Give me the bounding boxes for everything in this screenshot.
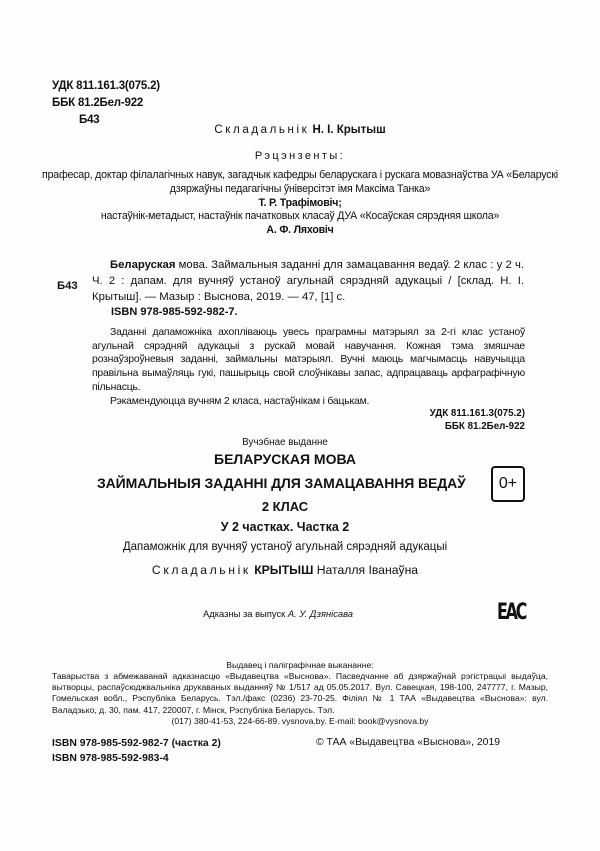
responsible-label: Адказны за выпуск <box>203 608 285 619</box>
compiler-main-label: Складальнік <box>152 563 251 577</box>
udk-code: УДК 811.161.3(075.2) <box>52 78 160 95</box>
udk-code-right: УДК 811.161.3(075.2) <box>430 408 525 421</box>
bibliography-index: Б43 <box>57 280 78 292</box>
reviewers-list: прафесар, доктар філалагічных навук, заг… <box>40 169 560 238</box>
compiler-given-name: Наталля Іванаўна <box>317 563 418 577</box>
eac-conformity-icon: EAC <box>497 600 525 625</box>
isbn-set: ISBN 978-985-592-983-4 <box>52 752 221 767</box>
annotation: Заданні дапаможніка ахопліваюць увесь пр… <box>92 326 525 408</box>
compiler-label: Складальнік <box>214 124 309 136</box>
publisher-info: Таварыства з абмежаванай адказнасцю «Выд… <box>52 671 548 727</box>
classification-codes-top: УДК 811.161.3(075.2) ББК 81.2Бел-922 Б43 <box>52 78 160 129</box>
grade: 2 КЛАС <box>0 499 600 514</box>
copyright: © ТАА «Выдавецтва «Выснова», 2019 <box>316 737 500 748</box>
edition-type: Вучэбнае выданне <box>0 437 600 448</box>
publisher-heading: Выдавец і паліграфічнае выкананне: <box>0 660 600 670</box>
classification-codes-right: УДК 811.161.3(075.2) ББК 81.2Бел-922 <box>430 408 525 433</box>
parts-info: У 2 частках. Частка 2 <box>0 520 600 534</box>
annotation-paragraph: Заданні дапаможніка ахопліваюць увесь пр… <box>92 326 525 395</box>
compiler-line-top: Складальнік Н. І. Крытыш <box>0 124 600 136</box>
book-title-line-1: БЕЛАРУСКАЯ МОВА <box>0 451 600 467</box>
publisher-contacts: (017) 380-41-53, 224-66-89. vysnova.by. … <box>52 716 548 727</box>
isbn-part: ISBN 978-985-592-982-7 (частка 2) <box>52 737 221 752</box>
bibliography-isbn: ISBN 978-985-592-982-7. <box>111 306 238 318</box>
reviewer-2-position: настаўнік-метадыст, настаўнік пачатковых… <box>40 210 560 224</box>
reviewer-2-name: А. Ф. Ляховіч <box>40 224 560 238</box>
compiler-surname: КРЫТЫШ <box>254 563 313 577</box>
compiler-name: Н. І. Крытыш <box>312 124 385 136</box>
responsible-for-release: Адказны за выпуск А. У. Дзянісава <box>203 608 353 619</box>
bibliography-lead: Беларуская <box>110 259 175 271</box>
publisher-text: Таварыства з абмежаванай адказнасцю «Выд… <box>52 671 548 715</box>
book-title-line-2: ЗАЙМАЛЬНЫЯ ЗАДАННІ ДЛЯ ЗАМАЦАВАННЯ ВЕДАЎ <box>97 475 466 491</box>
bbk-code-right: ББК 81.2Бел-922 <box>430 421 525 434</box>
reviewer-1-position: прафесар, доктар філалагічных навук, заг… <box>40 169 560 197</box>
reviewer-1-name: Т. Р. Трафімовіч; <box>40 197 560 211</box>
bibliographic-record: Беларуская мова. Займальныя заданні для … <box>92 257 524 305</box>
compiler-line-main: Складальнік КРЫТЫШ Наталля Іванаўна <box>0 563 600 577</box>
reviewers-heading: Рэцэнзенты: <box>0 150 600 162</box>
book-imprint-page: УДК 811.161.3(075.2) ББК 81.2Бел-922 Б43… <box>0 0 600 851</box>
responsible-name: А. У. Дзянісава <box>288 608 353 619</box>
isbn-block: ISBN 978-985-592-982-7 (частка 2) ISBN 9… <box>52 737 221 766</box>
age-rating-badge: 0+ <box>491 466 525 502</box>
audience: Дапаможнік для вучняў устаноў агульнай с… <box>0 541 600 553</box>
annotation-recommendation: Рэкамендуюцца вучням 2 класа, настаўніка… <box>92 395 525 409</box>
bbk-code: ББК 81.2Бел-922 <box>52 95 160 112</box>
